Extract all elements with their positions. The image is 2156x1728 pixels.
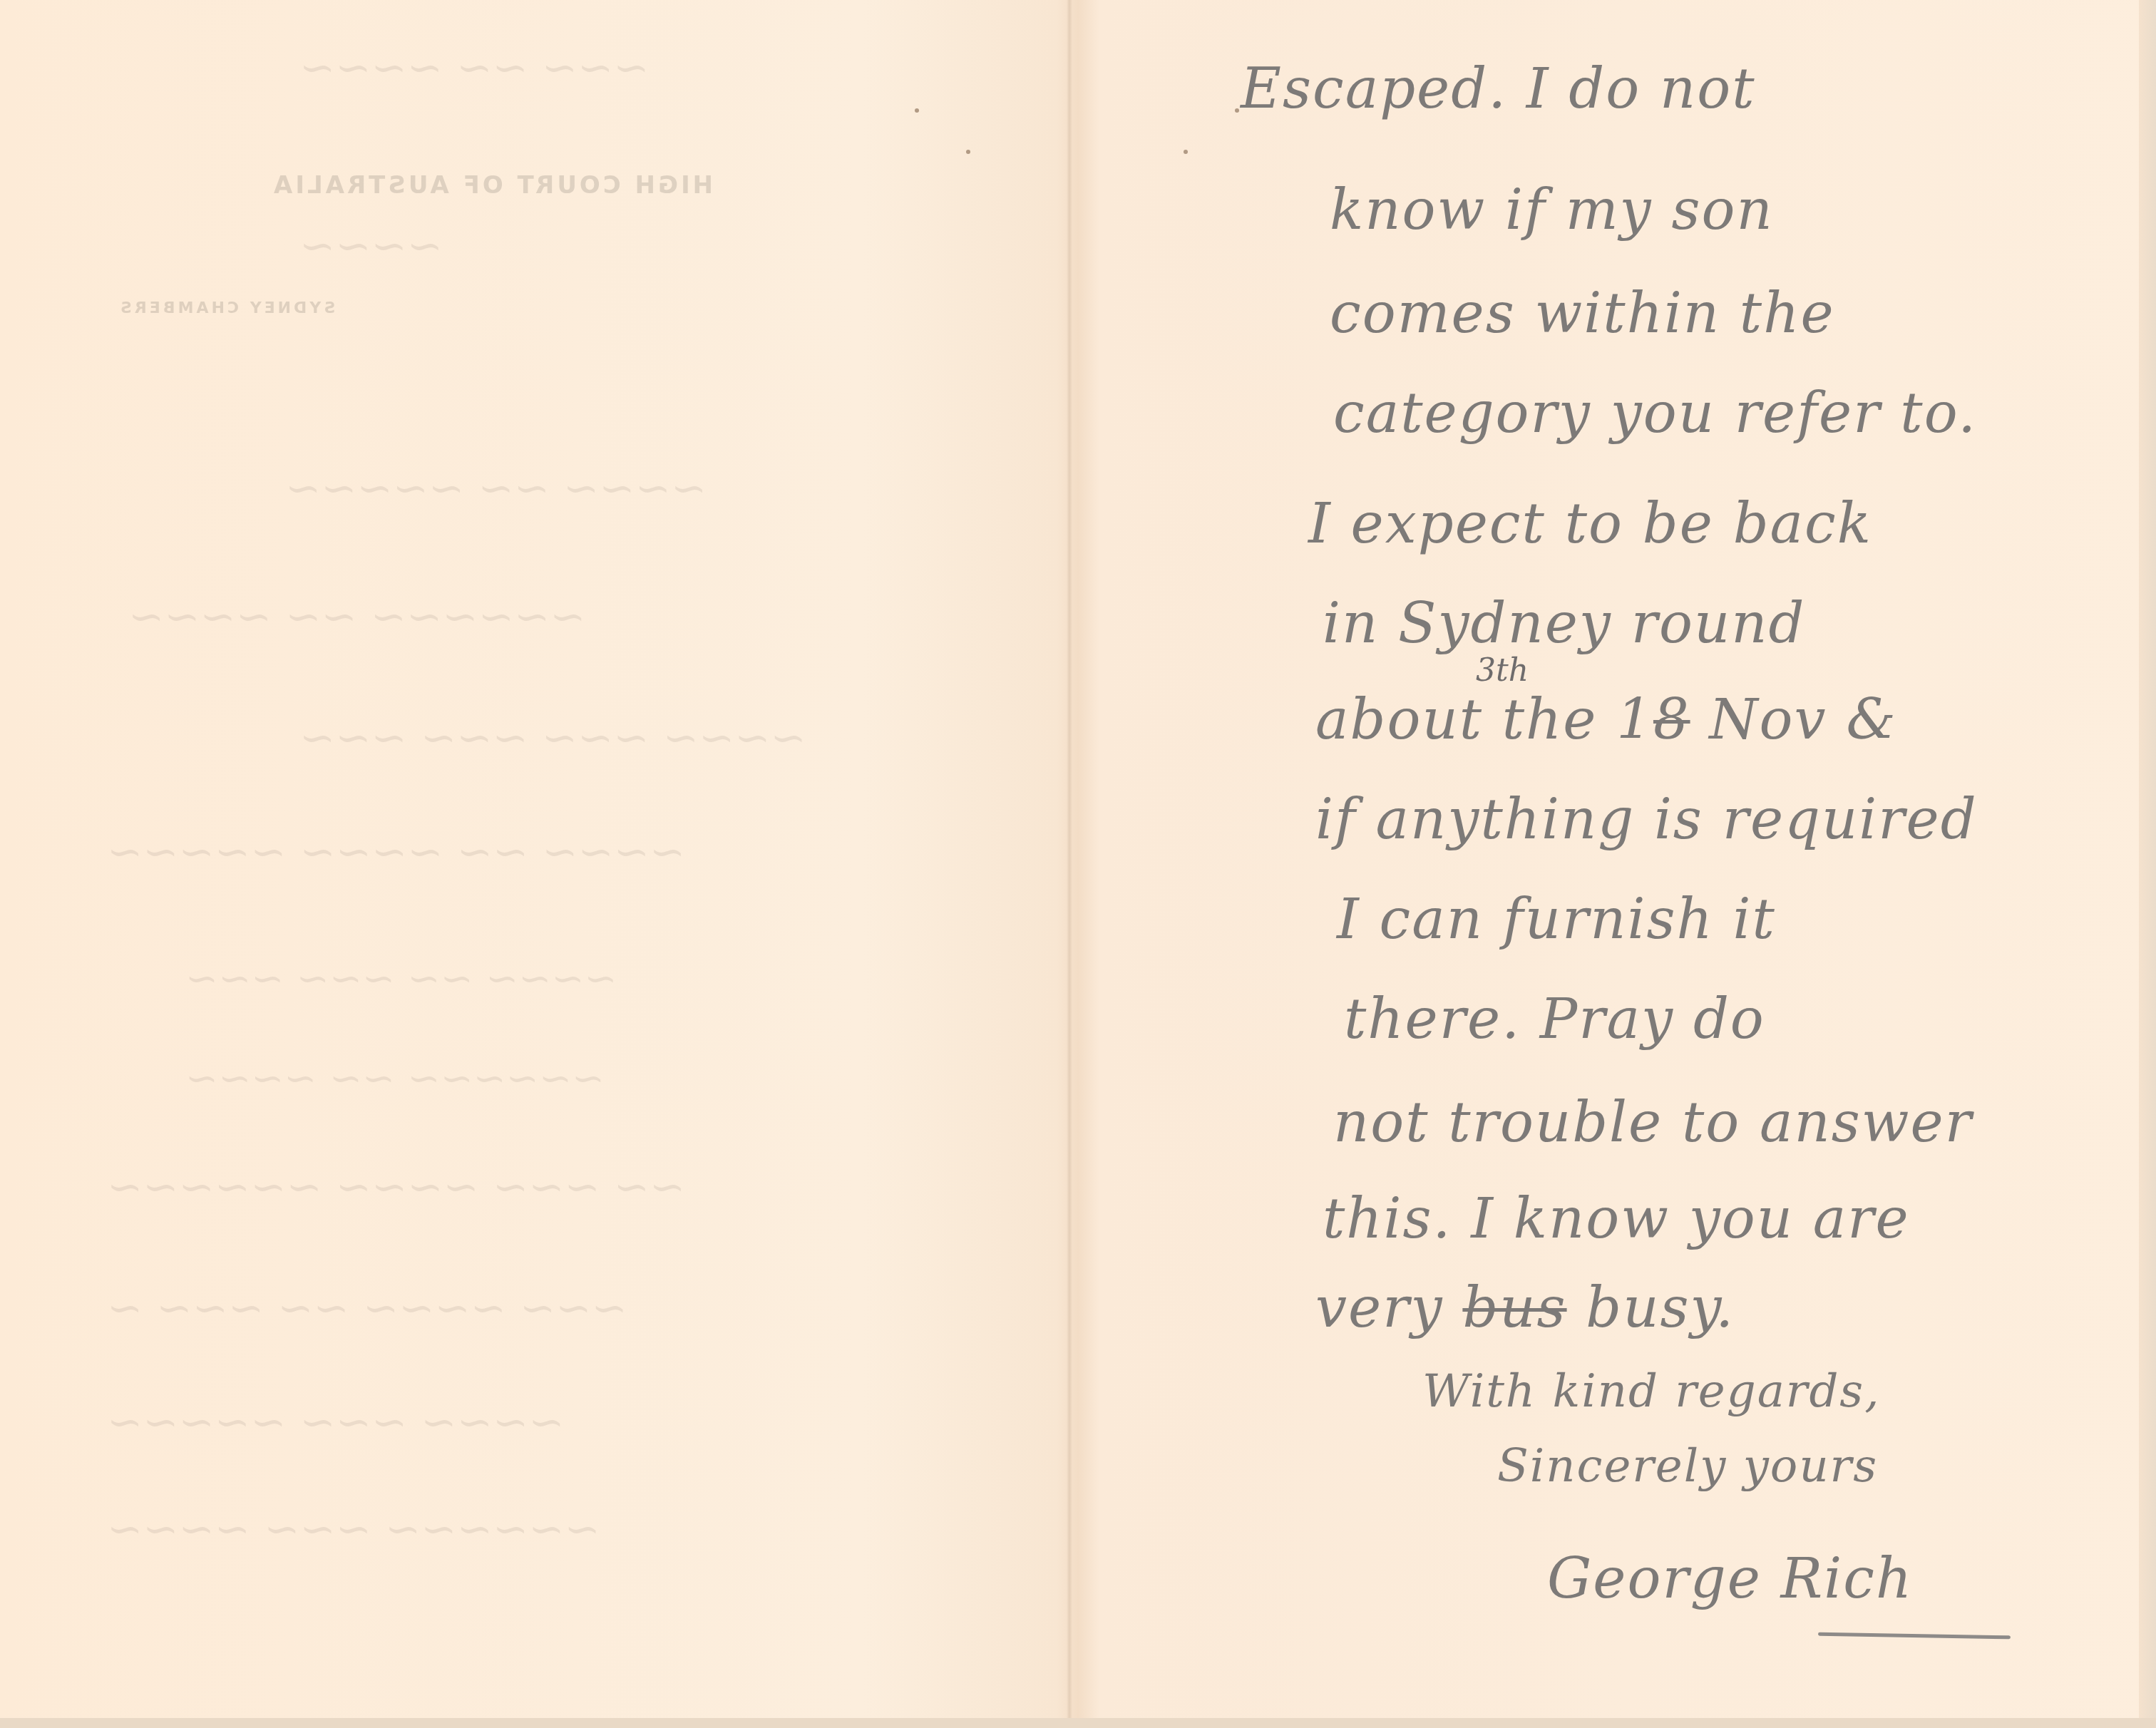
faint-handwriting-bleed: ~~~~~~ ~~ ~~~~ — [185, 1055, 605, 1101]
busy-rest: busy. — [1567, 1276, 1735, 1340]
letter-line-busy: very bus busy. — [1315, 1276, 1735, 1340]
letter-line-text: about the 1 — [1315, 688, 1653, 752]
letter-line-date: about the 18 Nov & — [1315, 688, 1897, 752]
faint-handwriting-bleed: ~~~ ~~ ~~~~ — [299, 43, 650, 93]
closing-regards: With kind regards, — [1422, 1365, 1881, 1418]
faint-handwriting-bleed: ~~~~~~ ~~~ ~~~~ — [107, 1504, 600, 1554]
faint-handwriting-bleed: ~~~~ ~~ ~~~ ~~~ — [185, 955, 617, 1001]
letter-line: if anything is required — [1315, 788, 1978, 852]
pinhole — [915, 108, 919, 113]
letter-line: comes within the — [1330, 282, 1835, 346]
faint-handwriting-bleed: ~~~~ ~~~ ~~~~~ — [107, 1397, 564, 1447]
faint-handwriting-bleed: ~~~~ ~~ ~~~~~ — [285, 463, 707, 513]
letter-line: this. I know you are — [1323, 1187, 1910, 1251]
letter-sheet: HIGH COURT OF AUSTRALIA SYDNEY CHAMBERS … — [0, 0, 2156, 1728]
faint-handwriting-bleed: ~~~ ~~~~ ~~ ~~~ ~ — [107, 1283, 627, 1333]
faint-handwriting-bleed: ~~~~ — [299, 221, 443, 271]
signature: George Rich — [1547, 1547, 1913, 1611]
letter-line: there. Pray do — [1344, 987, 1765, 1051]
letter-line: Escaped. I do not — [1241, 57, 1756, 121]
pinhole — [966, 150, 970, 154]
faint-handwriting-bleed: ~~~~~~ ~~ ~~~~ — [128, 592, 585, 642]
overwritten-digit: 8 — [1653, 688, 1690, 752]
letter-line: in Sydney round — [1323, 592, 1805, 656]
letter-line-text: very — [1315, 1276, 1444, 1340]
struck-word: bus — [1462, 1276, 1566, 1340]
faint-handwriting-bleed: ~~ ~~~ ~~~~ ~~~~~~ — [107, 1162, 685, 1212]
faint-handwriting-bleed: ~~~~ ~~ ~~~~ ~~~~~ — [107, 827, 685, 877]
faint-handwriting-bleed: ~~~~ ~~~ ~~~ ~~~ — [299, 713, 806, 763]
closing-sincerely: Sincerely yours — [1497, 1440, 1878, 1493]
letter-line: know if my son — [1330, 178, 1774, 242]
letter-line: I can furnish it — [1337, 888, 1776, 952]
scan-edge-bottom — [0, 1718, 2156, 1728]
letterhead-sub-bleed-through: SYDNEY CHAMBERS — [118, 299, 335, 317]
letter-line: I expect to be back — [1308, 492, 1872, 556]
date-rest: Nov & — [1690, 688, 1897, 752]
scan-edge-right — [2139, 0, 2156, 1728]
date-superscript: 3th — [1476, 652, 1529, 689]
right-page: Escaped. I do not know if my son comes w… — [1069, 0, 2156, 1728]
letterhead-bleed-through: HIGH COURT OF AUSTRALIA — [271, 171, 713, 200]
letter-line: category you refer to. — [1333, 381, 1977, 446]
left-page: HIGH COURT OF AUSTRALIA SYDNEY CHAMBERS … — [0, 0, 1069, 1728]
letter-line: not trouble to answer — [1333, 1091, 1973, 1155]
